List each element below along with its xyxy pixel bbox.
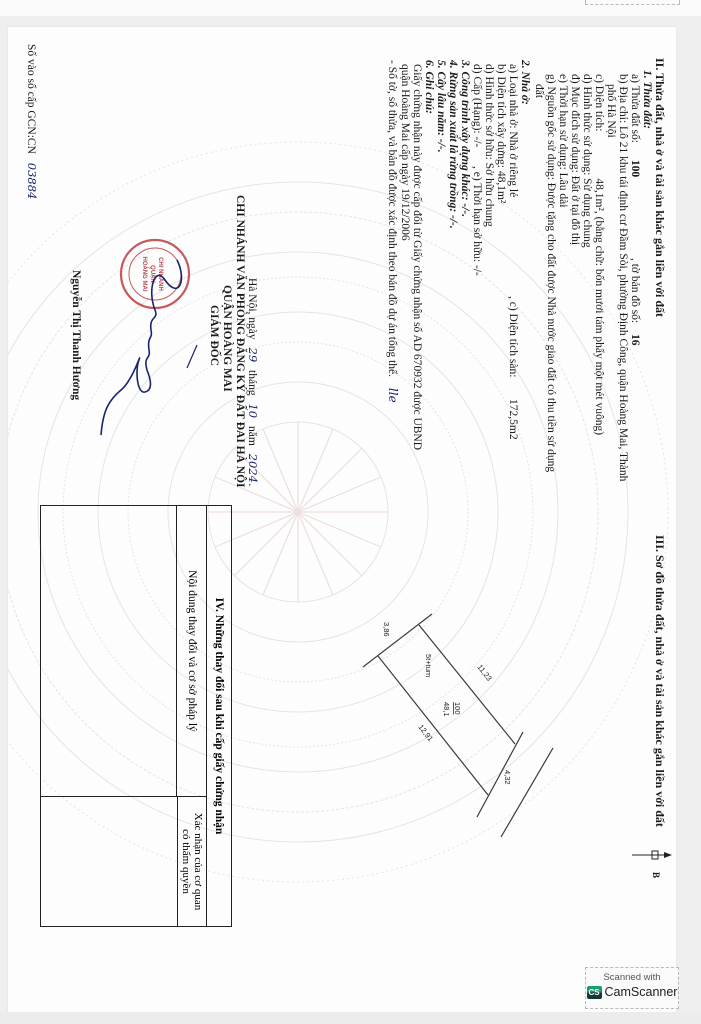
edge-length-west: 12,91 xyxy=(416,723,435,743)
edge-length-south: 4,32 xyxy=(503,770,512,785)
camscanner-watermark: Scanned with CS CamScanner xyxy=(585,967,679,1009)
camscanner-logo-icon: CS xyxy=(587,986,602,999)
edge-length-north: 3,86 xyxy=(382,622,391,637)
edge-length-east: 11,23 xyxy=(475,663,493,683)
plot-parcel-number: 100 xyxy=(453,702,462,715)
page-gap xyxy=(0,1012,701,1024)
plot-area: 48,1 xyxy=(442,702,451,717)
building-note: 5t+tum xyxy=(424,654,433,677)
parcel-diagram: 3,86 11,23 4,32 12,91 5t+tum 100 48,1 xyxy=(0,0,701,1024)
